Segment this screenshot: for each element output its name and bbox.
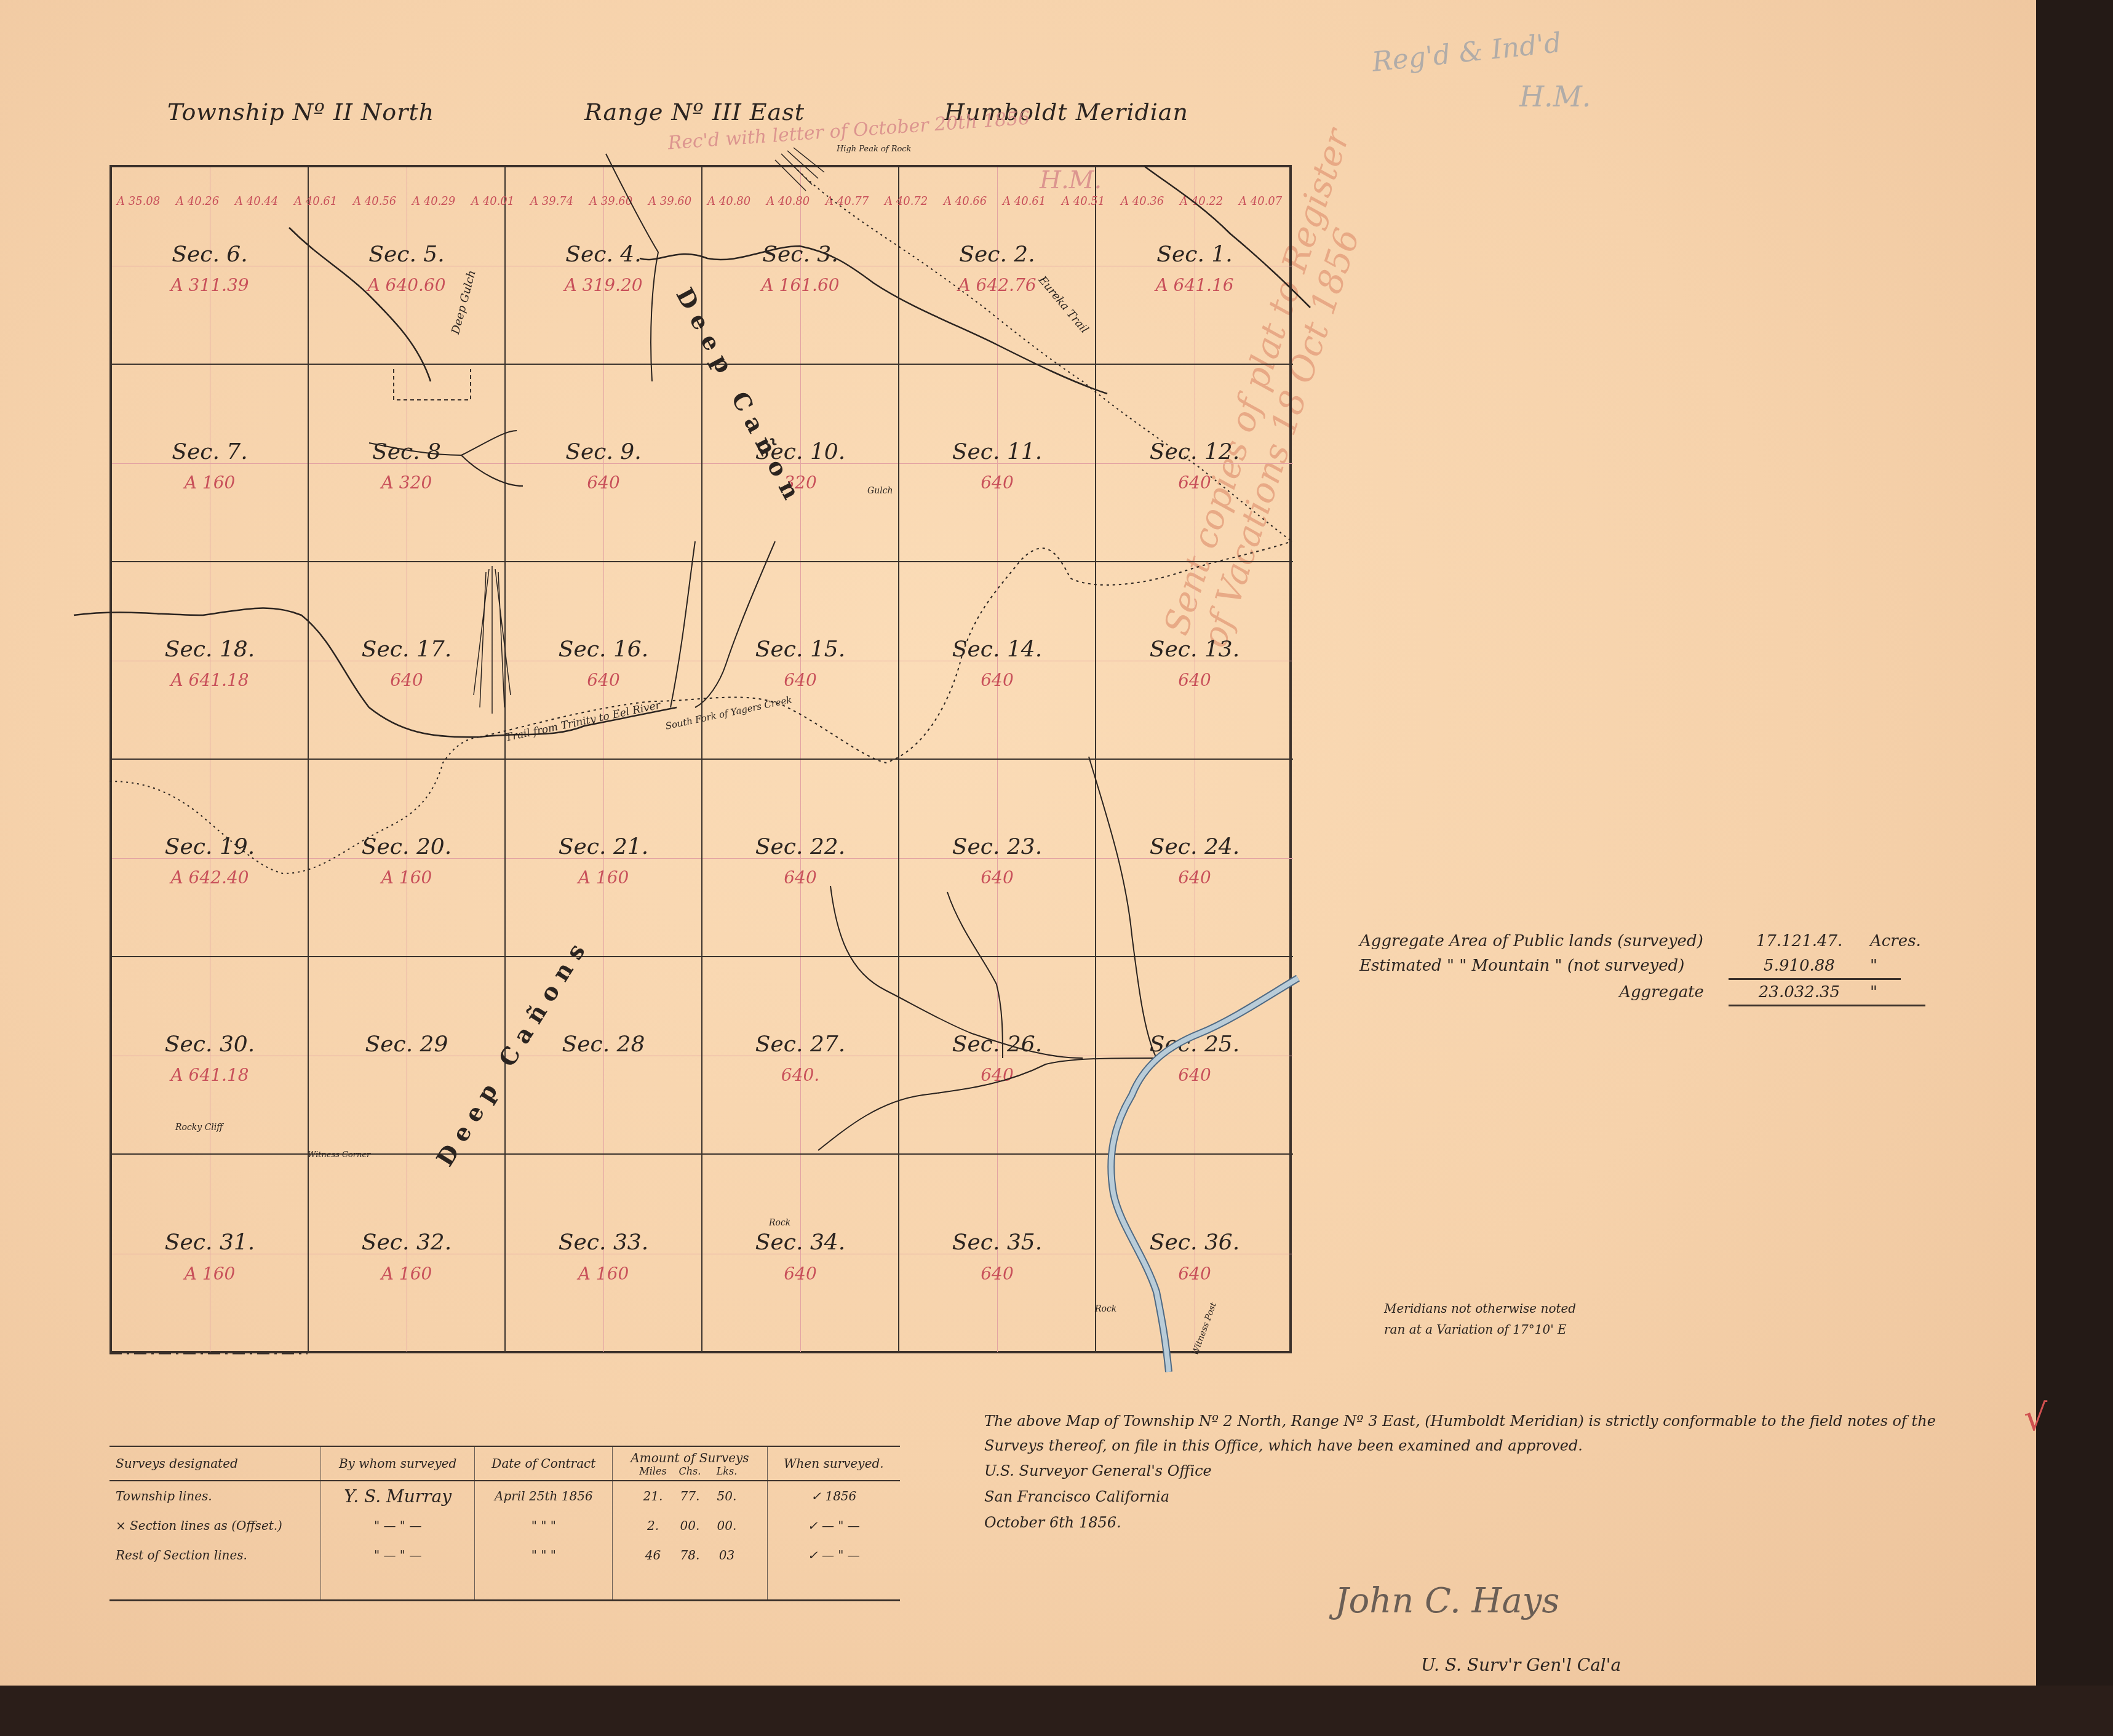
certification-block: The above Map of Township Nº 2 North, Ra…	[984, 1409, 1981, 1535]
red-check-mark: √	[2024, 1396, 2047, 1439]
aggregate-row-total: Aggregate 23.032.35 "	[1359, 980, 1925, 1005]
table-row: Township lines. Y. S. Murray April 25th …	[109, 1481, 900, 1511]
table-row: × Section lines as (Offset.) " — " — " "…	[109, 1511, 900, 1540]
rock-label: Rock	[769, 1218, 790, 1228]
meridian-note: Meridians not otherwise noted ran at a V…	[1384, 1298, 1576, 1340]
rocky-cliff-label: Rocky Cliff	[175, 1123, 223, 1133]
col-date-contract: Date of Contract	[475, 1446, 613, 1481]
aggregate-row-mountain: Estimated " " Mountain " (not surveyed) …	[1359, 954, 1925, 978]
witness-corner-label: Witness Corner	[308, 1150, 370, 1160]
aggregate-row-surveyed: Aggregate Area of Public lands (surveyed…	[1359, 929, 1925, 954]
when-cell: ✓ 1856	[767, 1481, 900, 1511]
surveyor-general-signature: John C. Hays	[1335, 1581, 1559, 1621]
table-row: Rest of Section lines. " — " — " " " 467…	[109, 1540, 900, 1570]
col-by-whom: By whom surveyed	[320, 1446, 474, 1481]
aggregate-rule-bottom	[1729, 1005, 1925, 1006]
gulch-label: Gulch	[867, 486, 893, 496]
certification-text: The above Map of Township Nº 2 North, Ra…	[984, 1409, 1981, 1458]
signature-title: U. S. Surv'r Gen'l Cal'a	[1421, 1655, 1621, 1675]
col-amount: Amount of Surveys MilesChs.Lks.	[613, 1446, 767, 1481]
col-when-surveyed: When surveyed.	[767, 1446, 900, 1481]
surveys-table: Surveys designated By whom surveyed Date…	[109, 1446, 900, 1601]
rock-label-2: Rock	[1095, 1304, 1116, 1314]
when-cell: ✓ — " —	[767, 1511, 900, 1540]
high-peak-label: High Peak of Rock	[837, 145, 911, 154]
when-cell: ✓ — " —	[767, 1540, 900, 1570]
aggregate-area-block: Aggregate Area of Public lands (surveyed…	[1359, 929, 1925, 1006]
col-surveys-designated: Surveys designated	[109, 1446, 320, 1481]
office-block: U.S. Surveyor General's Office San Franc…	[984, 1458, 1981, 1535]
